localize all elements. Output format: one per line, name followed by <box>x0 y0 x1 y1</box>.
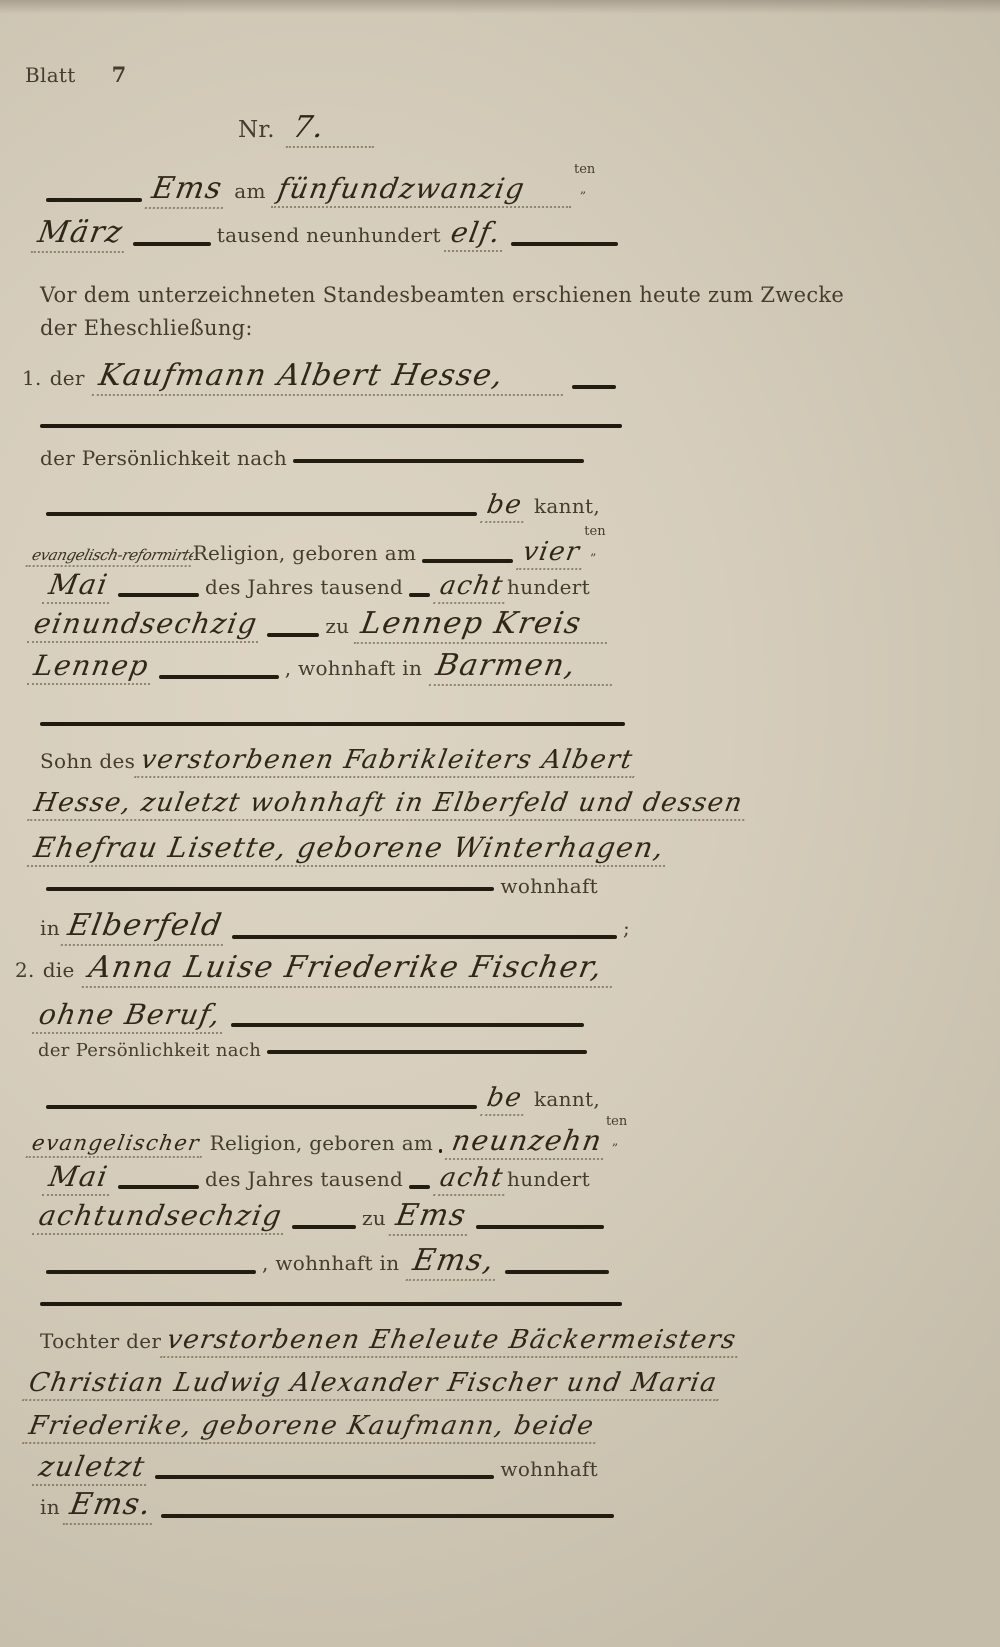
blank-rule <box>476 1225 604 1229</box>
blank-rule <box>155 1475 494 1479</box>
persoenlichkeit-label: der Persönlichkeit nach <box>40 446 287 470</box>
bride-identity-line: der Persönlichkeit nach <box>38 1040 593 1061</box>
intro-text-2: der Eheschließung: <box>40 316 253 340</box>
sohn-des-label: Sohn des <box>40 749 135 773</box>
blank-rule <box>267 1050 587 1054</box>
wohnhaft-label: wohnhaft <box>500 874 598 898</box>
groom-parents-entry-3: Ehefrau Lisette, geborene Winterhagen, <box>27 831 672 867</box>
groom-parents-line-2: Hesse, zuletzt wohnhaft in Elberfeld und… <box>30 788 625 821</box>
des-jahres-label: des Jahres tausend <box>205 1167 403 1191</box>
ten-suffix: ten „ <box>584 530 608 560</box>
kannt-label: kannt, <box>534 1087 600 1111</box>
month-entry: März <box>31 215 130 253</box>
blank-rule <box>409 593 430 597</box>
groom-parents-line-3: Ehefrau Lisette, geborene Winterhagen, <box>30 831 590 867</box>
bride-beruf-line: ohne Beruf, <box>35 998 590 1034</box>
in-label: in <box>40 1495 60 1519</box>
ten-suffix: ten „ <box>606 1120 608 1150</box>
date-line-2: März tausend neunhundert elf. <box>34 215 624 253</box>
bride-birthmonth-line: Mai des Jahres tausend acht hundert <box>45 1160 590 1196</box>
bride-zuletzt-line: zuletzt wohnhaft <box>35 1450 598 1486</box>
bride-article: die <box>43 958 75 982</box>
intro-line-2: der Eheschließung: <box>40 316 253 340</box>
bride-name-line: 2. die Anna Luise Friederike Fischer, <box>15 950 615 988</box>
wohnhaft-label: wohnhaft <box>500 1457 598 1481</box>
blank-rule <box>159 675 279 679</box>
blank-rule <box>133 242 211 246</box>
nr-value: 7. <box>285 110 380 148</box>
zu-label: zu <box>325 614 349 638</box>
groom-residence-line: Lennep , wohnhaft in Barmen, <box>30 648 615 686</box>
section-rule <box>40 1302 622 1306</box>
ten-ditto-mark: „ <box>580 182 586 196</box>
persoenlichkeit-label: der Persönlichkeit nach <box>38 1040 261 1061</box>
hundert-label: hundert <box>507 575 590 599</box>
bride-parents-residence: Ems. <box>63 1487 159 1525</box>
groom-religion-entry: evangelisch-reformirter <box>25 546 195 567</box>
des-jahres-label: des Jahres tausend <box>205 575 403 599</box>
bride-beruf-entry: ohne Beruf, <box>32 998 228 1034</box>
bride-parents-entry-3: Friederike, geborene Kaufmann, beide <box>22 1411 601 1444</box>
ten-ditto-mark: „ <box>612 1134 618 1148</box>
groom-wohnhaft-line: wohnhaft <box>40 874 598 898</box>
kannt-label: kannt, <box>534 494 600 518</box>
wohnhaft-in-label: , wohnhaft in <box>285 656 422 680</box>
semicolon: ; <box>623 916 630 940</box>
bride-bekannt-line: be kannt, <box>40 1083 600 1116</box>
bride-residence: Ems, <box>406 1243 502 1281</box>
blank-rule <box>161 1514 614 1518</box>
place-entry: Ems <box>145 171 230 209</box>
groom-birthmonth-line: Mai des Jahres tausend acht hundert <box>45 568 590 604</box>
blank-rule <box>409 1185 430 1189</box>
blank-rule <box>46 198 142 202</box>
blank-rule <box>118 1185 199 1189</box>
scanned-marriage-record-page: Blatt 7 Nr. 7. Ems am fünfundzwanzig ten… <box>0 0 1000 1647</box>
nr-label: Nr. <box>238 117 275 143</box>
groom-name-line: 1. der Kaufmann Albert Hesse, <box>22 358 622 396</box>
sheet-header: Blatt 7 <box>25 62 127 87</box>
intro-line-1: Vor dem unterzeichneten Standesbeamten e… <box>40 283 844 307</box>
groom-birth-month: Mai <box>42 568 115 604</box>
ten-suffix: ten „ <box>574 168 600 198</box>
blank-rule <box>293 459 584 463</box>
dash-rule <box>267 633 319 637</box>
blank-rule <box>422 559 513 563</box>
groom-birth-place2: Lennep <box>27 649 156 685</box>
groom-bekannt-line: be kannt, <box>40 490 600 523</box>
bride-parents-line-3: Friederike, geborene Kaufmann, beide <box>25 1411 585 1444</box>
religion-label: Religion, geboren am <box>193 541 417 565</box>
section-rule <box>40 424 622 428</box>
zu-label: zu <box>362 1206 386 1230</box>
groom-parents-entry-2: Hesse, zuletzt wohnhaft in Elberfeld und… <box>27 788 750 821</box>
am-label: am <box>234 179 266 203</box>
groom-parents-residence-line: in Elberfeld ; <box>40 908 630 946</box>
bride-zuletzt-entry: zuletzt <box>32 1450 152 1486</box>
bride-index: 2. <box>15 958 35 982</box>
blank-rule <box>46 512 477 516</box>
tochter-der-label: Tochter der <box>40 1329 161 1353</box>
groom-birthyear-line: einundsechzig zu Lennep Kreis <box>30 606 610 644</box>
ten-text: ten <box>584 524 605 539</box>
bride-birthyear-line: achtundsechzig zu Ems <box>35 1198 610 1236</box>
bride-parents-line-1: Tochter der verstorbenen Eheleute Bäcker… <box>40 1325 625 1358</box>
bride-religion-line: evangelischer Religion, geboren am neunz… <box>28 1120 608 1160</box>
blatt-number: 7 <box>112 62 127 87</box>
day-entry: fünfundzwanzig <box>271 172 578 208</box>
blank-rule <box>231 1023 584 1027</box>
bride-hundred-entry: acht <box>433 1163 510 1196</box>
groom-birth-day: vier <box>517 537 588 570</box>
hundert-label: hundert <box>507 1167 590 1191</box>
groom-identity-line: der Persönlichkeit nach <box>40 446 590 470</box>
blank-rule <box>46 887 494 891</box>
groom-name-entry: Kaufmann Albert Hesse, <box>91 358 569 396</box>
wohnhaft-in-label: , wohnhaft in <box>262 1251 399 1275</box>
blatt-label: Blatt <box>25 63 76 87</box>
groom-birth-place: Lennep Kreis <box>354 606 613 644</box>
blank-rule <box>232 935 617 939</box>
bride-parents-line-2: Christian Ludwig Alexander Fischer und M… <box>25 1368 620 1401</box>
groom-birth-year: einundsechzig <box>27 607 265 643</box>
blank-rule <box>118 593 199 597</box>
dash-rule <box>439 1149 442 1153</box>
bride-religion-entry: evangelischer <box>26 1131 206 1158</box>
dash-rule <box>572 385 616 389</box>
bride-birth-day: neunzehn <box>445 1124 609 1160</box>
date-line-1: Ems am fünfundzwanzig ten „ <box>40 168 600 209</box>
dash-rule <box>292 1225 356 1229</box>
tausend-label: tausend neunhundert <box>217 223 441 247</box>
bride-parents-residence-line: in Ems. <box>40 1487 620 1525</box>
groom-be-entry: be <box>480 490 529 523</box>
blank-rule <box>46 1105 477 1109</box>
bride-parents-entry-2: Christian Ludwig Alexander Fischer und M… <box>22 1368 724 1401</box>
in-label: in <box>40 916 60 940</box>
groom-article: der <box>50 366 85 390</box>
groom-residence: Barmen, <box>429 648 619 686</box>
blank-rule <box>511 242 618 246</box>
dash-rule <box>505 1270 609 1274</box>
groom-parents-residence: Elberfeld <box>61 908 230 946</box>
religion-label: Religion, geboren am <box>210 1131 434 1155</box>
bride-parents-entry-1: verstorbenen Eheleute Bäckermeisters <box>160 1325 743 1358</box>
bride-be-entry: be <box>480 1083 529 1116</box>
groom-parents-entry-1: verstorbenen Fabrikleiters Albert <box>134 745 640 778</box>
section-rule <box>40 722 625 726</box>
bride-birth-month: Mai <box>42 1160 115 1196</box>
ten-text: ten <box>574 162 595 177</box>
bride-residence-line: , wohnhaft in Ems, <box>40 1243 615 1281</box>
groom-religion-line: evangelisch-reformirter Religion, gebore… <box>28 530 608 570</box>
groom-index: 1. <box>22 366 42 390</box>
groom-parents-line-1: Sohn des verstorbenen Fabrikleiters Albe… <box>40 745 625 778</box>
bride-birth-place: Ems <box>389 1198 474 1236</box>
groom-hundred-entry: acht <box>433 571 510 604</box>
intro-text-1: Vor dem unterzeichneten Standesbeamten e… <box>40 283 844 307</box>
ten-ditto-mark: „ <box>590 544 596 558</box>
bride-birth-year: achtundsechzig <box>32 1199 289 1235</box>
blank-rule <box>46 1270 256 1274</box>
ten-text: ten <box>606 1114 627 1129</box>
year-entry: elf. <box>444 216 508 252</box>
bride-name-entry: Anna Luise Friederike Fischer, <box>81 950 618 988</box>
record-number-line: Nr. 7. <box>238 110 377 148</box>
